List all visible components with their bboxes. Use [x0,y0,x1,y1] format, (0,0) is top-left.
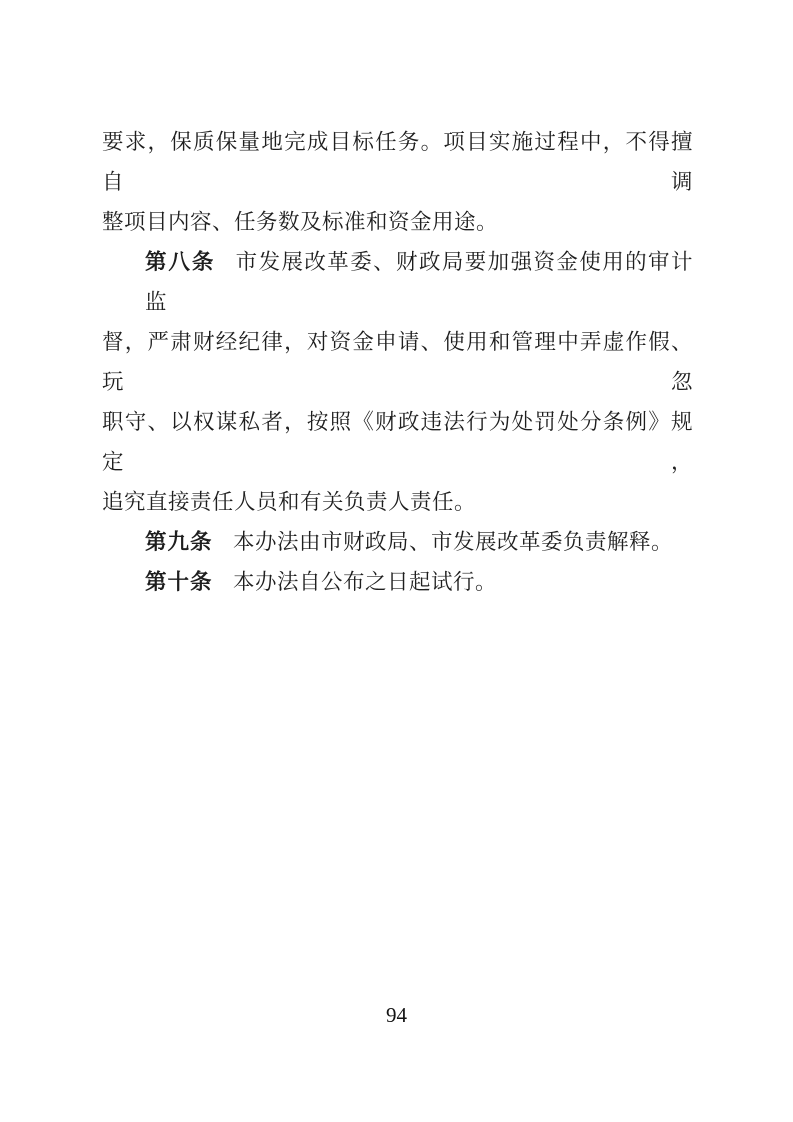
line-text: 督，严肃财经纪律，对资金申请、使用和管理中弄虚作假、玩忽 [102,330,693,394]
article-term: 第十条 [145,570,213,594]
article-term: 第九条 [145,530,213,554]
text-line: 要求，保质保量地完成目标任务。项目实施过程中，不得擅自调 [102,122,693,202]
line-text: 市发展改革委、财政局要加强资金使用的审计监 [145,250,693,314]
line-text: 职守、以权谋私者，按照《财政违法行为处罚处分条例》规定， [102,410,693,474]
article-term: 第八条 [145,250,215,274]
text-line: 职守、以权谋私者，按照《财政违法行为处罚处分条例》规定， [102,402,693,482]
line-text: 本办法自公布之日起试行。 [233,570,497,594]
text-line: 整项目内容、任务数及标准和资金用途。 [102,202,693,242]
text-line: 督，严肃财经纪律，对资金申请、使用和管理中弄虚作假、玩忽 [102,322,693,402]
line-text: 要求，保质保量地完成目标任务。项目实施过程中，不得擅自调 [102,130,693,194]
body-text: 要求，保质保量地完成目标任务。项目实施过程中，不得擅自调 整项目内容、任务数及标… [102,122,693,602]
line-text: 整项目内容、任务数及标准和资金用途。 [102,210,498,234]
document-page: 要求，保质保量地完成目标任务。项目实施过程中，不得擅自调 整项目内容、任务数及标… [0,0,793,1122]
text-line-article-9: 第九条本办法由市财政局、市发展改革委负责解释。 [102,522,693,562]
text-line: 追究直接责任人员和有关负责人责任。 [102,482,693,522]
line-text: 本办法由市财政局、市发展改革委负责解释。 [233,530,673,554]
line-text: 追究直接责任人员和有关负责人责任。 [102,490,476,514]
text-line-article-8: 第八条市发展改革委、财政局要加强资金使用的审计监 [102,242,693,322]
page-number: 94 [0,1001,793,1029]
text-line-article-10: 第十条本办法自公布之日起试行。 [102,562,693,602]
